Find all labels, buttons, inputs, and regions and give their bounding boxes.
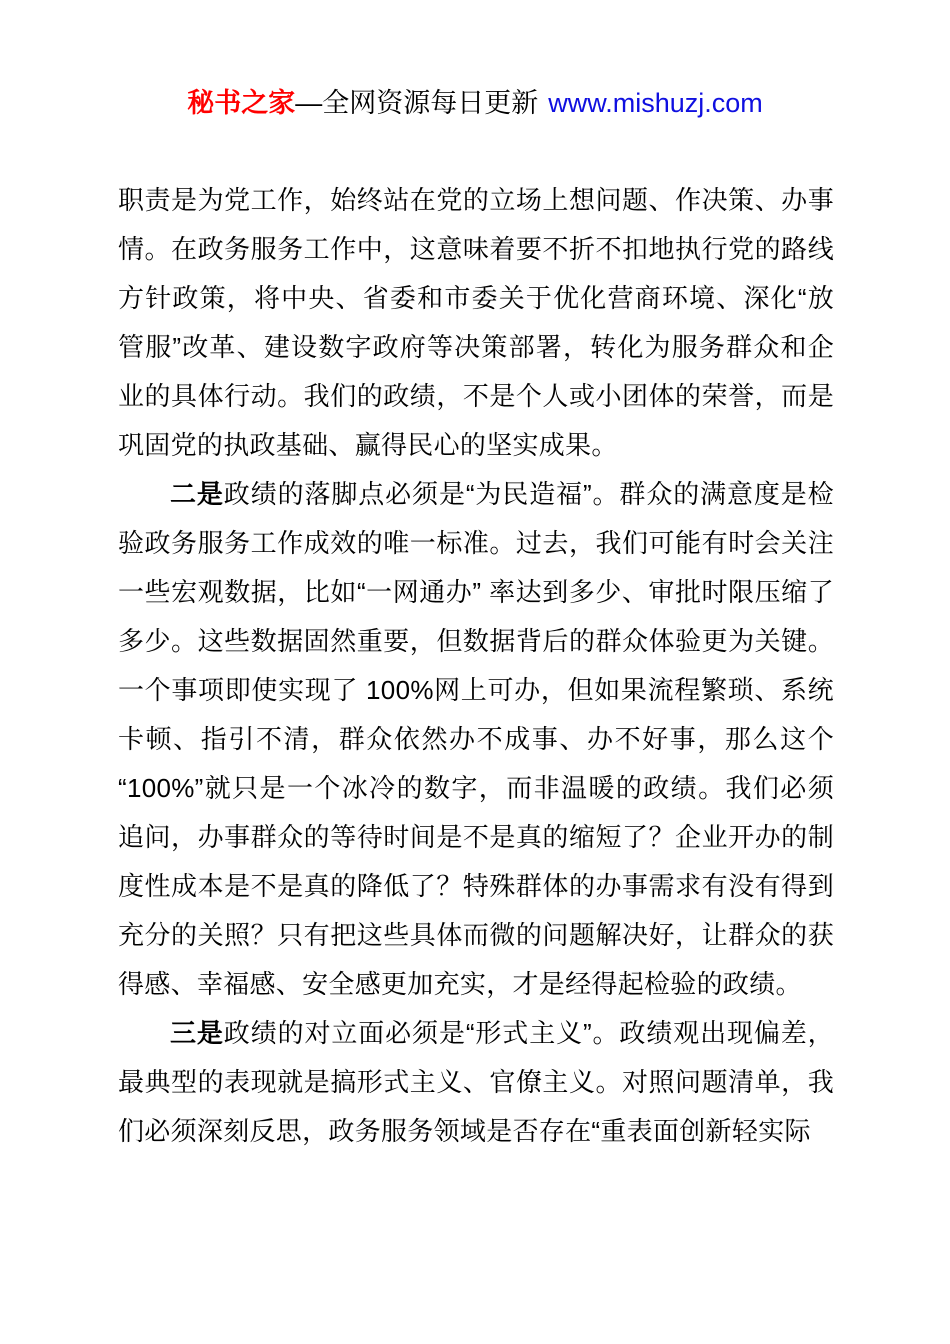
- document-body: 职责是为党工作，始终站在党的立场上想问题、作决策、办事情。在政务服务工作中，这意…: [118, 176, 834, 1156]
- site-brand: 秘书之家: [187, 88, 295, 118]
- paragraph-lead: 三是: [170, 1018, 224, 1048]
- paragraph-lead: 二是: [170, 479, 224, 509]
- paragraph-point-three: 三是政绩的对立面必须是“形式主义”。政绩观出现偏差，最典型的表现就是搞形式主义、…: [118, 1009, 834, 1156]
- paragraph-text: 政绩的对立面必须是“形式主义”。政绩观出现偏差，最典型的表现就是搞形式主义、官僚…: [118, 1018, 834, 1146]
- paragraph-continuation: 职责是为党工作，始终站在党的立场上想问题、作决策、办事情。在政务服务工作中，这意…: [118, 176, 834, 470]
- site-url-link[interactable]: www.mishuzj.com: [548, 88, 763, 118]
- paragraph-text: 政绩的落脚点必须是“为民造福”。群众的满意度是检验政务服务工作成效的唯一标准。过…: [118, 479, 834, 999]
- site-header: 秘书之家—全网资源每日更新www.mishuzj.com: [0, 84, 950, 122]
- paragraph-point-two: 二是政绩的落脚点必须是“为民造福”。群众的满意度是检验政务服务工作成效的唯一标准…: [118, 470, 834, 1009]
- site-tagline: —全网资源每日更新: [295, 88, 538, 118]
- paragraph-text: 职责是为党工作，始终站在党的立场上想问题、作决策、办事情。在政务服务工作中，这意…: [118, 185, 834, 460]
- document-page: 秘书之家—全网资源每日更新www.mishuzj.com 职责是为党工作，始终站…: [0, 0, 950, 1344]
